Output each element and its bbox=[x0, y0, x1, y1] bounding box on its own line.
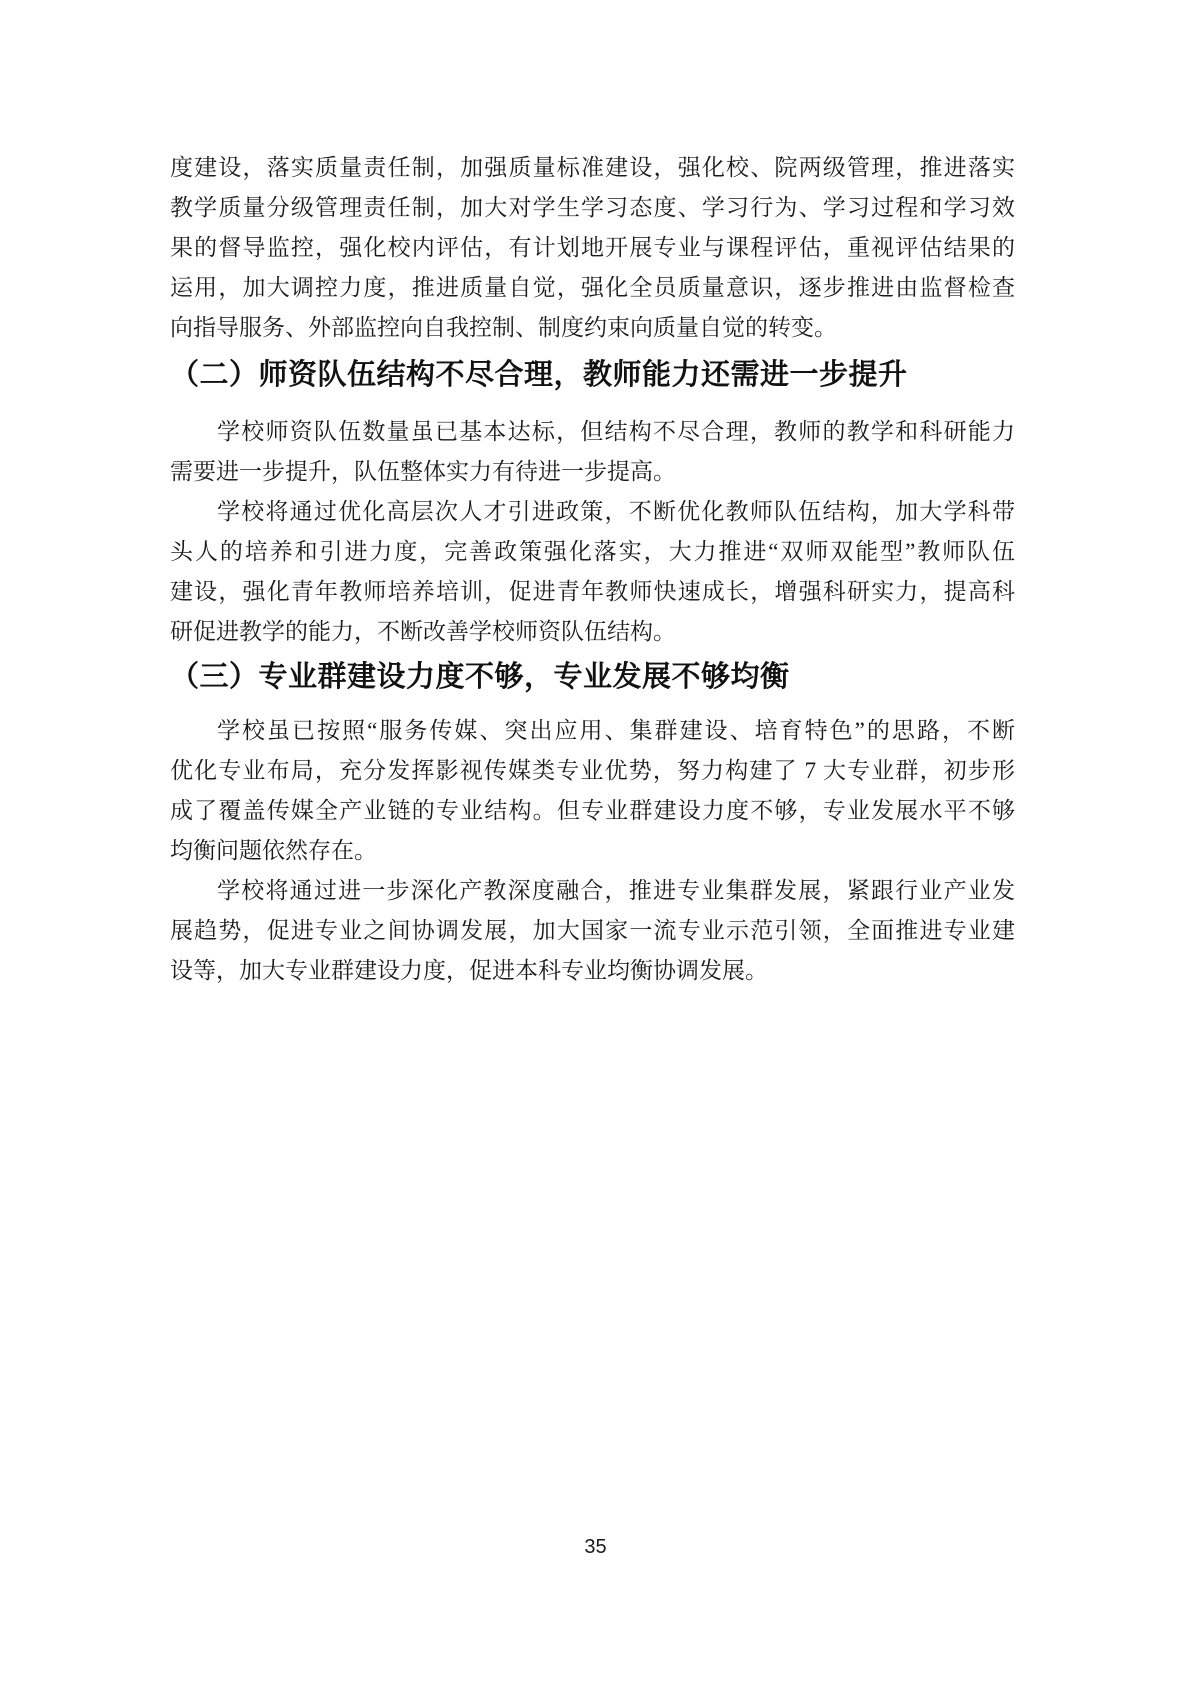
text-line: 均衡问题依然存在。 bbox=[170, 831, 1015, 871]
text-line: 成了覆盖传媒全产业链的专业结构。但专业群建设力度不够，专业发展水平不够 bbox=[170, 791, 1015, 831]
text-line: 度建设，落实质量责任制，加强质量标准建设，强化校、院两级管理，推进落实 bbox=[170, 148, 1015, 188]
text-line: 研促进教学的能力，不断改善学校师资队伍结构。 bbox=[170, 612, 1015, 652]
text-line: 学校将通过优化高层次人才引进政策，不断优化教师队伍结构，加大学科带 bbox=[170, 492, 1015, 532]
paragraph-teacher-plan: 学校将通过优化高层次人才引进政策，不断优化教师队伍结构，加大学科带 头人的培养和… bbox=[170, 492, 1015, 652]
text-line: 建设，强化青年教师培养培训，促进青年教师快速成长，增强科研实力，提高科 bbox=[170, 572, 1015, 612]
text-line: 向指导服务、外部监控向自我控制、制度约束向质量自觉的转变。 bbox=[170, 308, 1015, 348]
section-heading-majors: （三）专业群建设力度不够，专业发展不够均衡 bbox=[170, 652, 1015, 702]
paragraph-major-status: 学校虽已按照“服务传媒、突出应用、集群建设、培育特色”的思路，不断 优化专业布局… bbox=[170, 711, 1015, 871]
text-line: 学校虽已按照“服务传媒、突出应用、集群建设、培育特色”的思路，不断 bbox=[170, 711, 1015, 751]
paragraph-teacher-status: 学校师资队伍数量虽已基本达标，但结构不尽合理，教师的教学和科研能力 需要进一步提… bbox=[170, 412, 1015, 492]
text-line: 优化专业布局，充分发挥影视传媒类专业优势，努力构建了 7 大专业群，初步形 bbox=[170, 751, 1015, 791]
paragraph-major-plan: 学校将通过进一步深化产教深度融合，推进专业集群发展，紧跟行业产业发 展趋势，促进… bbox=[170, 871, 1015, 991]
paragraph-quality-system: 度建设，落实质量责任制，加强质量标准建设，强化校、院两级管理，推进落实 教学质量… bbox=[170, 148, 1015, 348]
text-line: 学校师资队伍数量虽已基本达标，但结构不尽合理，教师的教学和科研能力 bbox=[170, 412, 1015, 452]
text-line: 果的督导监控，强化校内评估，有计划地开展专业与课程评估，重视评估结果的 bbox=[170, 228, 1015, 268]
document-body: 度建设，落实质量责任制，加强质量标准建设，强化校、院两级管理，推进落实 教学质量… bbox=[170, 148, 1015, 991]
section-heading-teachers: （二）师资队伍结构不尽合理，教师能力还需进一步提升 bbox=[170, 350, 1015, 400]
text-line: 运用，加大调控力度，推进质量自觉，强化全员质量意识，逐步推进由监督检查 bbox=[170, 268, 1015, 308]
text-line: 学校将通过进一步深化产教深度融合，推进专业集群发展，紧跟行业产业发 bbox=[170, 871, 1015, 911]
page-number: 35 bbox=[584, 1536, 606, 1558]
text-line: 设等，加大专业群建设力度，促进本科专业均衡协调发展。 bbox=[170, 951, 1015, 991]
text-line: 教学质量分级管理责任制，加大对学生学习态度、学习行为、学习过程和学习效 bbox=[170, 188, 1015, 228]
page-footer: 35 bbox=[0, 1534, 1191, 1560]
text-line: 需要进一步提升，队伍整体实力有待进一步提高。 bbox=[170, 452, 1015, 492]
text-line: 展趋势，促进专业之间协调发展，加大国家一流专业示范引领，全面推进专业建 bbox=[170, 911, 1015, 951]
text-line: 头人的培养和引进力度，完善政策强化落实，大力推进“双师双能型”教师队伍 bbox=[170, 532, 1015, 572]
document-page: 度建设，落实质量责任制，加强质量标准建设，强化校、院两级管理，推进落实 教学质量… bbox=[0, 0, 1191, 1684]
